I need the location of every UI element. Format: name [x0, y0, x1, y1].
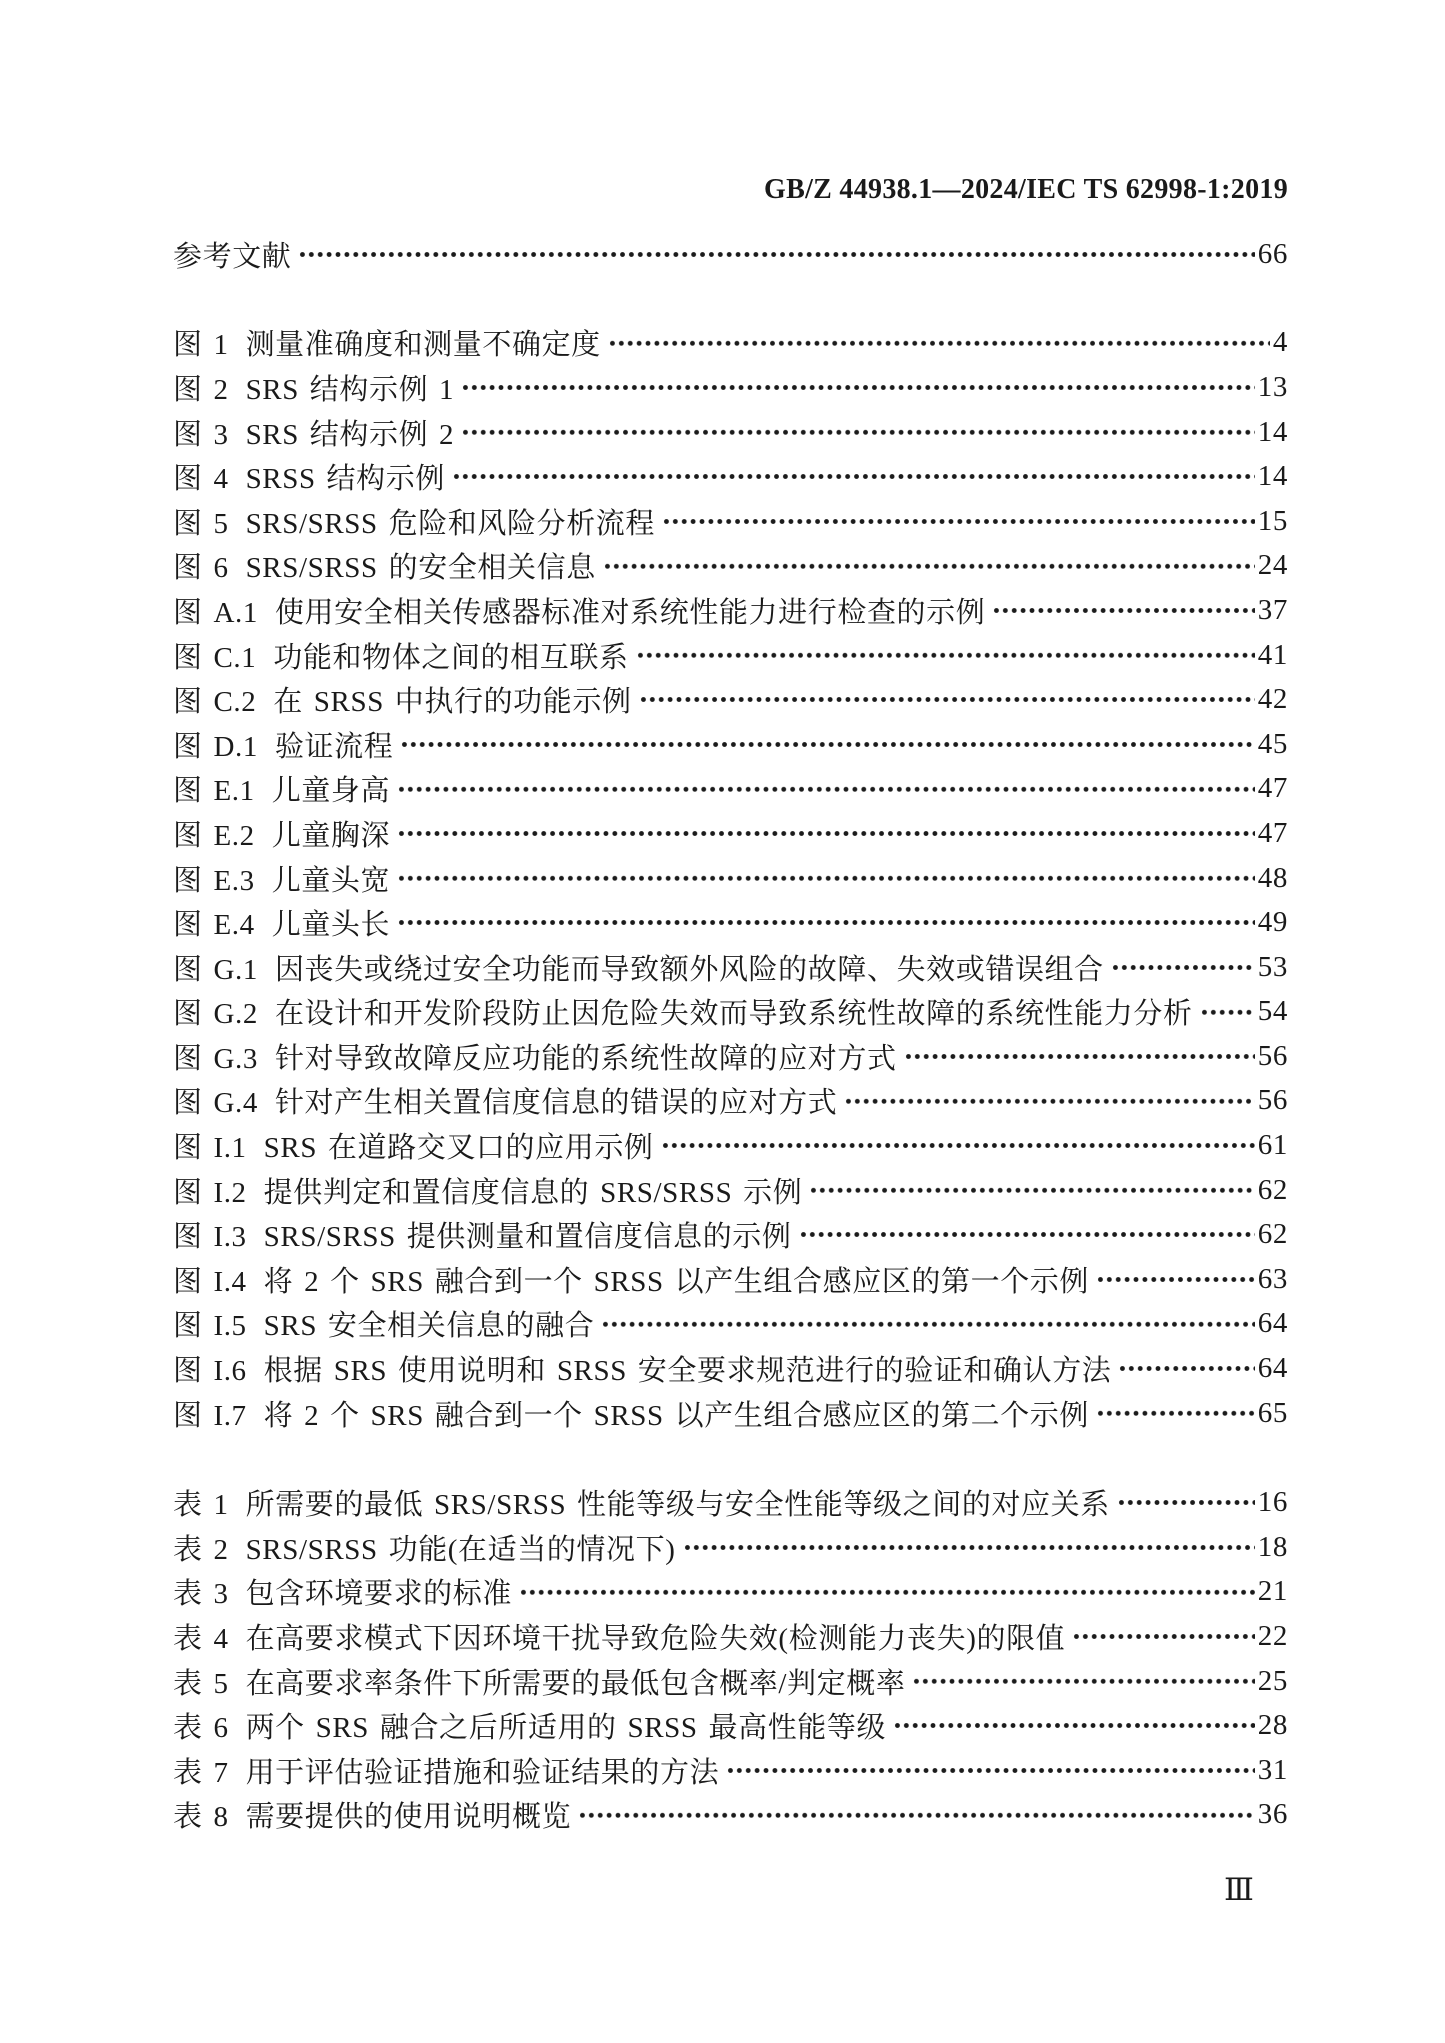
toc-entry-page: 62 [1258, 1174, 1288, 1207]
toc-entry-page: 41 [1258, 639, 1288, 672]
toc-entry-label: 图 2 [173, 367, 229, 408]
dot-leader [844, 1079, 1254, 1124]
toc-entry-label: 图 6 [173, 545, 229, 586]
toc-entry-title: 使用安全相关传感器标准对系统性能力进行检查的示例 [275, 590, 985, 631]
toc-entry-page: 47 [1258, 817, 1288, 850]
dot-leader [461, 410, 1255, 455]
toc-entry-label: 表 7 [173, 1750, 229, 1791]
dot-leader [601, 1302, 1254, 1347]
toc-entry-page: 64 [1258, 1307, 1288, 1340]
toc-entry: 图 I.4 将 2 个 SRS 融合到一个 SRSS 以产生组合感应区的第一个示… [173, 1257, 1288, 1302]
toc-entry-label: 图 E.3 [173, 858, 255, 899]
toc-entry-label: 图 I.1 [173, 1125, 247, 1166]
toc-entry-label: 图 5 [173, 501, 229, 542]
toc-entry-title: 儿童身高 [272, 768, 390, 809]
toc-entry-page: 13 [1258, 371, 1288, 404]
toc-entry: 图 G.3 针对导致故障反应功能的系统性故障的应对方式 56 [173, 1034, 1288, 1079]
toc-entry: 图 D.1 验证流程 45 [173, 722, 1288, 767]
dot-leader [683, 1525, 1255, 1570]
toc-entry-label: 表 1 [173, 1482, 229, 1523]
dot-leader [461, 365, 1255, 410]
dot-leader [397, 811, 1255, 856]
toc-entry-label: 表 8 [173, 1794, 229, 1835]
toc-entry-title: SRS 结构示例 2 [246, 412, 455, 453]
toc-entry-label: 图 I.7 [173, 1393, 247, 1434]
toc-entry: 图 I.6 根据 SRS 使用说明和 SRSS 安全要求规范进行的验证和确认方法… [173, 1346, 1288, 1391]
toc-entry: 图 E.3 儿童头宽 48 [173, 856, 1288, 901]
toc-entry-title: 将 2 个 SRS 融合到一个 SRSS 以产生组合感应区的第一个示例 [264, 1259, 1089, 1300]
page-footer: Ⅲ [1224, 1872, 1255, 1908]
dot-leader [400, 722, 1254, 767]
toc-entry-page: 14 [1258, 460, 1288, 493]
dot-leader [799, 1212, 1255, 1257]
toc-entry-title: SRS/SRSS 提供测量和置信度信息的示例 [264, 1214, 792, 1255]
toc-entry-title: 提供判定和置信度信息的 SRS/SRSS 示例 [264, 1170, 803, 1211]
toc-entry-label: 表 2 [173, 1527, 229, 1568]
toc-entry-title: 因丧失或绕过安全功能而导致额外风险的故障、失效或错误组合 [275, 947, 1104, 988]
toc-entry-label: 图 I.5 [173, 1303, 247, 1344]
toc-entry-page: 49 [1258, 906, 1288, 939]
dot-leader [1118, 1346, 1254, 1391]
dot-leader [662, 499, 1255, 544]
toc-entry-title: 在设计和开发阶段防止因危险失效而导致系统性故障的系统性能力分析 [275, 991, 1193, 1032]
toc-entry-page: 15 [1258, 505, 1288, 538]
dot-leader [578, 1793, 1255, 1838]
dot-leader [519, 1570, 1255, 1615]
toc-entry-page: 28 [1258, 1709, 1288, 1742]
list-of-figures: 图 1 测量准确度和测量不确定度 4 图 2 SRS 结构示例 1 13 图 3… [173, 321, 1288, 1436]
toc-entry-page: 22 [1258, 1620, 1288, 1653]
toc-entry: 表 6 两个 SRS 融合之后所适用的 SRSS 最高性能等级 28 [173, 1703, 1288, 1748]
toc-entry-title: SRS/SRSS 的安全相关信息 [246, 545, 596, 586]
toc-entry-title: 在高要求率条件下所需要的最低包含概率/判定概率 [246, 1661, 906, 1702]
toc-entry-title: SRS/SRSS 功能(在适当的情况下) [246, 1527, 676, 1568]
toc-entry-label: 图 I.4 [173, 1259, 247, 1300]
dot-leader [397, 900, 1255, 945]
toc-entry-page: 36 [1258, 1798, 1288, 1831]
toc-entry-label: 图 E.4 [173, 902, 255, 943]
dot-leader [992, 588, 1254, 633]
toc-entry: 表 8 需要提供的使用说明概览 36 [173, 1793, 1288, 1838]
toc-entry-page: 64 [1258, 1352, 1288, 1385]
toc-entry-label: 图 I.6 [173, 1348, 247, 1389]
toc-entry-page: 45 [1258, 728, 1288, 761]
toc-entry-title: 需要提供的使用说明概览 [246, 1794, 572, 1835]
dot-leader [904, 1034, 1255, 1079]
toc-entry: 表 1 所需要的最低 SRS/SRSS 性能等级与安全性能等级之间的对应关系 1… [173, 1480, 1288, 1525]
dot-leader [452, 454, 1255, 499]
toc-entry: 图 6 SRS/SRSS 的安全相关信息 24 [173, 544, 1288, 589]
toc-entry-title: 针对导致故障反应功能的系统性故障的应对方式 [275, 1036, 897, 1077]
dot-leader [912, 1659, 1254, 1704]
dot-leader [603, 544, 1255, 589]
toc-entry-title: 儿童胸深 [272, 813, 390, 854]
toc-entry: 表 3 包含环境要求的标准 21 [173, 1570, 1288, 1615]
toc-entry-title: 儿童头宽 [272, 858, 390, 899]
toc-entry-label: 图 1 [173, 322, 229, 363]
toc-entry-page: 4 [1273, 326, 1288, 359]
toc-entry: 表 4 在高要求模式下因环境干扰导致危险失效(检测能力丧失)的限值 22 [173, 1614, 1288, 1659]
toc-entry: 图 C.2 在 SRSS 中执行的功能示例 42 [173, 677, 1288, 722]
dot-leader [298, 232, 1254, 277]
toc-entry-title: 在 SRSS 中执行的功能示例 [273, 679, 631, 720]
toc-entry-title: 所需要的最低 SRS/SRSS 性能等级与安全性能等级之间的对应关系 [246, 1482, 1110, 1523]
dot-leader [809, 1168, 1254, 1213]
toc-entry-title: SRS 安全相关信息的融合 [264, 1303, 595, 1344]
toc-entry-page: 63 [1258, 1263, 1288, 1296]
toc-entry-page: 25 [1258, 1665, 1288, 1698]
toc-entry-label: 图 G.3 [173, 1036, 258, 1077]
toc-entry: 图 G.1 因丧失或绕过安全功能而导致额外风险的故障、失效或错误组合 53 [173, 945, 1288, 990]
dot-leader [1111, 945, 1255, 990]
toc-entry-references: 参考文献 66 [173, 232, 1288, 277]
toc-entry-page: 37 [1258, 594, 1288, 627]
dot-leader [1200, 990, 1255, 1035]
toc-entry-title: 用于评估验证措施和验证结果的方法 [246, 1750, 720, 1791]
toc-entry-label: 图 G.1 [173, 947, 258, 988]
toc-entry: 图 1 测量准确度和测量不确定度 4 [173, 321, 1288, 366]
dot-leader [726, 1748, 1255, 1793]
list-of-tables: 表 1 所需要的最低 SRS/SRSS 性能等级与安全性能等级之间的对应关系 1… [173, 1480, 1288, 1837]
toc-entry: 图 3 SRS 结构示例 2 14 [173, 410, 1288, 455]
toc-entry-page: 24 [1258, 549, 1288, 582]
toc-body: 参考文献 66 图 1 测量准确度和测量不确定度 4 图 2 SRS 结构示例 … [173, 232, 1288, 1837]
toc-entry: 图 C.1 功能和物体之间的相互联系 41 [173, 633, 1288, 678]
toc-entry-page: 66 [1258, 238, 1288, 271]
toc-entry-page: 14 [1258, 416, 1288, 449]
dot-leader [397, 856, 1255, 901]
toc-entry-page: 65 [1258, 1397, 1288, 1430]
toc-entry-label: 图 E.2 [173, 813, 255, 854]
toc-entry-title: SRS 在道路交叉口的应用示例 [264, 1125, 654, 1166]
toc-entry-title: SRSS 结构示例 [246, 456, 445, 497]
toc-entry: 图 E.1 儿童身高 47 [173, 767, 1288, 812]
toc-entry-label: 图 I.3 [173, 1214, 247, 1255]
toc-entry-title: 将 2 个 SRS 融合到一个 SRSS 以产生组合感应区的第二个示例 [264, 1393, 1089, 1434]
toc-entry-page: 56 [1258, 1084, 1288, 1117]
toc-entry-page: 47 [1258, 772, 1288, 805]
toc-entry-label: 图 C.1 [173, 635, 256, 676]
toc-entry-title: SRS/SRSS 危险和风险分析流程 [246, 501, 655, 542]
toc-entry-title: SRS 结构示例 1 [246, 367, 455, 408]
document-page: GB/Z 44938.1—2024/IEC TS 62998-1:2019 参考… [0, 0, 1445, 2043]
toc-entry-label: 表 6 [173, 1705, 229, 1746]
toc-entry: 图 4 SRSS 结构示例 14 [173, 454, 1288, 499]
toc-entry: 表 5 在高要求率条件下所需要的最低包含概率/判定概率 25 [173, 1659, 1288, 1704]
page-header: GB/Z 44938.1—2024/IEC TS 62998-1:2019 [173, 174, 1288, 206]
toc-entry-label: 表 5 [173, 1661, 229, 1702]
toc-entry-title: 验证流程 [275, 724, 393, 765]
toc-entry-label: 图 C.2 [173, 679, 256, 720]
toc-entry: 图 I.1 SRS 在道路交叉口的应用示例 61 [173, 1123, 1288, 1168]
dot-leader [893, 1703, 1255, 1748]
dot-leader [639, 677, 1255, 722]
toc-entry-title: 儿童头长 [272, 902, 390, 943]
toc-entry-page: 56 [1258, 1040, 1288, 1073]
toc-entry-page: 62 [1258, 1218, 1288, 1251]
toc-entry: 图 I.3 SRS/SRSS 提供测量和置信度信息的示例 62 [173, 1212, 1288, 1257]
toc-entry-title: 两个 SRS 融合之后所适用的 SRSS 最高性能等级 [246, 1705, 887, 1746]
toc-entry-page: 54 [1258, 995, 1288, 1028]
toc-entry-title: 在高要求模式下因环境干扰导致危险失效(检测能力丧失)的限值 [246, 1616, 1066, 1657]
toc-entry-title: 功能和物体之间的相互联系 [273, 635, 628, 676]
toc-entry-label: 表 4 [173, 1616, 229, 1657]
toc-entry-page: 31 [1258, 1754, 1288, 1787]
toc-entry-page: 21 [1258, 1575, 1288, 1608]
toc-entry-label: 图 A.1 [173, 590, 258, 631]
toc-entry-page: 42 [1258, 683, 1288, 716]
dot-leader [636, 633, 1255, 678]
toc-entry-label: 图 3 [173, 412, 229, 453]
standard-number: GB/Z 44938.1—2024/IEC TS 62998-1:2019 [764, 174, 1288, 205]
toc-entry: 图 E.2 儿童胸深 47 [173, 811, 1288, 856]
toc-entry-label: 图 I.2 [173, 1170, 247, 1211]
toc-entry-label: 图 E.1 [173, 768, 255, 809]
toc-entry-title: 测量准确度和测量不确定度 [246, 322, 601, 363]
toc-entry-title: 针对产生相关置信度信息的错误的应对方式 [275, 1080, 837, 1121]
toc-entry-label: 图 G.4 [173, 1080, 258, 1121]
dot-leader [661, 1123, 1255, 1168]
toc-entry: 图 5 SRS/SRSS 危险和风险分析流程 15 [173, 499, 1288, 544]
toc-entry: 图 E.4 儿童头长 49 [173, 900, 1288, 945]
toc-entry-label: 表 3 [173, 1571, 229, 1612]
toc-entry: 表 7 用于评估验证措施和验证结果的方法 31 [173, 1748, 1288, 1793]
toc-entry-label: 图 D.1 [173, 724, 258, 765]
toc-entry-title: 包含环境要求的标准 [246, 1571, 512, 1612]
dot-leader [1096, 1391, 1255, 1436]
dot-leader [397, 767, 1255, 812]
toc-entry-page: 61 [1258, 1129, 1288, 1162]
toc-entry-label: 图 4 [173, 456, 229, 497]
toc-entry: 图 I.2 提供判定和置信度信息的 SRS/SRSS 示例 62 [173, 1168, 1288, 1213]
dot-leader [1096, 1257, 1255, 1302]
toc-entry-page: 18 [1258, 1531, 1288, 1564]
toc-entry-page: 53 [1258, 951, 1288, 984]
toc-entry: 图 I.7 将 2 个 SRS 融合到一个 SRSS 以产生组合感应区的第二个示… [173, 1391, 1288, 1436]
toc-entry-page: 16 [1258, 1486, 1288, 1519]
toc-entry-title: 根据 SRS 使用说明和 SRSS 安全要求规范进行的验证和确认方法 [264, 1348, 1112, 1389]
toc-entry-page: 48 [1258, 862, 1288, 895]
dot-leader [608, 321, 1270, 366]
toc-entry: 图 I.5 SRS 安全相关信息的融合 64 [173, 1302, 1288, 1347]
toc-entry: 图 G.4 针对产生相关置信度信息的错误的应对方式 56 [173, 1079, 1288, 1124]
toc-entry: 图 2 SRS 结构示例 1 13 [173, 365, 1288, 410]
toc-entry: 图 G.2 在设计和开发阶段防止因危险失效而导致系统性故障的系统性能力分析 54 [173, 990, 1288, 1035]
dot-leader [1072, 1614, 1255, 1659]
toc-entry-label: 图 G.2 [173, 991, 258, 1032]
toc-entry: 图 A.1 使用安全相关传感器标准对系统性能力进行检查的示例 37 [173, 588, 1288, 633]
toc-entry-label: 参考文献 [173, 234, 291, 275]
dot-leader [1117, 1480, 1255, 1525]
folio-page-number: Ⅲ [1224, 1872, 1255, 1907]
toc-entry: 表 2 SRS/SRSS 功能(在适当的情况下) 18 [173, 1525, 1288, 1570]
